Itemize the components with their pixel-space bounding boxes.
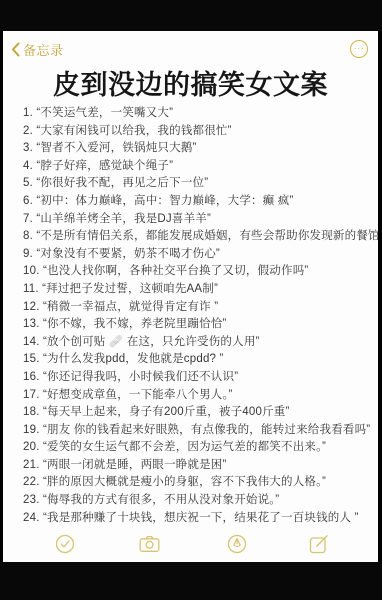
list-item: 3. “智者不入爱河，铁锅炖只大鹅” [23, 140, 372, 158]
list-item: 10. “也没人找你啊，各种社交平台换了又切，假动作吗” [23, 263, 372, 281]
list-item: 15. “为什么发我pdd，发他就是cpdd? ” [23, 351, 372, 369]
bottom-toolbar [3, 534, 378, 556]
more-options-button[interactable]: ··· [350, 40, 368, 58]
notes-app-screen: 备忘录 ··· 皮到没边的搞笑女文案 1. “不笑运气差，一笑嘴又大”2. “大… [3, 31, 378, 562]
list-item: 12. “稍微一幸福点，就觉得肯定有诈 ” [23, 299, 372, 317]
list-item: 7. “山羊绵羊烤全羊，我是DJ喜羊羊” [23, 211, 372, 229]
list-item: 16. “你还记得我吗，小时候我们还不认识” [23, 369, 372, 387]
ellipsis-icon: ··· [354, 44, 365, 53]
list-item: 18. “每天早上起来，身子有200斤重，被子400斤重” [23, 404, 372, 422]
note-body: 1. “不笑运气差，一笑嘴又大”2. “大家有闲钱可以给我，我的钱都很忙”3. … [23, 105, 372, 527]
list-item: 6. “初中：体力巅峰，高中：智力巅峰，大学：癫 疯” [23, 193, 372, 211]
list-item: 19. “朋友 你的钱看起来好眼熟，有点像我的，能转过来给我看看吗” [23, 422, 372, 440]
list-item: 1. “不笑运气差，一笑嘴又大” [23, 105, 372, 123]
chevron-left-icon [11, 42, 20, 57]
list-item: 22. “胖的原因大概就是瘦小的身躯，容不下我伟大的人格。” [23, 474, 372, 492]
list-item: 5. “你很好我不配，再见之后下一位” [23, 175, 372, 193]
note-title: 皮到没边的搞笑女文案 [3, 63, 378, 102]
list-item: 9. “对象没有不要紧，奶茶不喝才伤心” [23, 246, 372, 264]
list-item: 11. “拜过把子发过誓，这顿咱先AA制” [23, 281, 372, 299]
list-item: 17. “好想变成章鱼，一下能牵八个男人。” [23, 387, 372, 405]
list-item: 21. “两眼一闭就是睡，两眼一睁就是困” [23, 457, 372, 475]
list-item: 2. “大家有闲钱可以给我，我的钱都很忙” [23, 123, 372, 141]
list-item: 4. “脖子好痒，感觉缺个绳子” [23, 158, 372, 176]
compose-icon [309, 534, 330, 554]
checklist-button[interactable] [55, 534, 75, 554]
back-button-label: 备忘录 [23, 40, 64, 59]
bottom-letterbox [0, 562, 382, 600]
camera-button[interactable] [139, 534, 159, 554]
list-item: 23. “侮辱我的方式有很多，不用从没对象开始说。” [23, 492, 372, 510]
compose-button[interactable] [309, 534, 329, 554]
list-item: 24. “我是那种赚了十块钱，想庆祝一下，结果花了一百块钱的人 ” [23, 510, 372, 528]
list-item: 20. “爱笑的女生运气都不会差，因为运气差的都笑不出来。” [23, 439, 372, 457]
list-item: 8. “不是所有情侣关系，都能发展成婚姻，有些会帮助你发现新的餐馆” [23, 228, 372, 246]
markup-button[interactable] [227, 534, 247, 554]
top-letterbox [0, 0, 382, 31]
checklist-icon [55, 534, 75, 554]
markup-icon [227, 534, 247, 554]
back-button[interactable]: 备忘录 [11, 40, 64, 59]
list-item: 14. “放个创可贴 🩹 在这，只允许受伤的人用” [23, 334, 372, 352]
camera-icon [139, 534, 160, 554]
navigation-bar: 备忘录 ··· [3, 37, 378, 61]
list-item: 13. “你不嫁，我不嫁，养老院里蹦恰恰” [23, 316, 372, 334]
